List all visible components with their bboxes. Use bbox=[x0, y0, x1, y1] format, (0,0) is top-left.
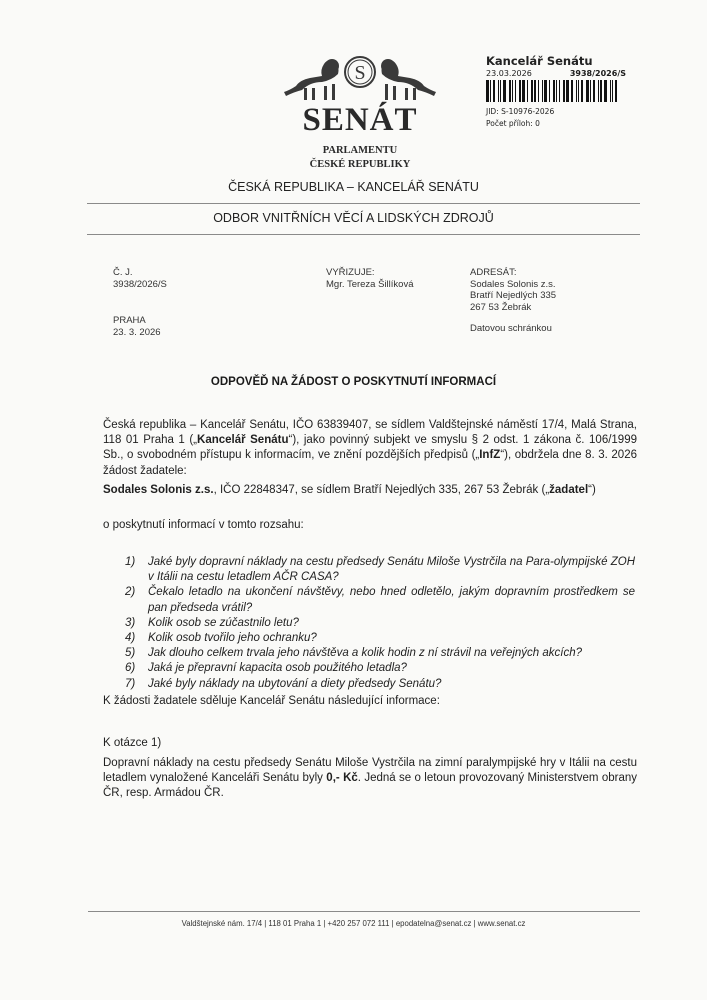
question-number: 5) bbox=[125, 646, 148, 661]
scope-paragraph: o poskytnutí informací v tomto rozsahu: bbox=[103, 518, 637, 533]
applicant-name: Sodales Solonis z.s. bbox=[103, 484, 214, 496]
question-item: 4)Kolik osob tvořilo jeho ochranku? bbox=[125, 631, 635, 646]
cj-value: 3938/2026/S bbox=[113, 279, 167, 291]
stamp-jid: JID: S-10976-2026 bbox=[486, 107, 626, 116]
senate-logo: S SENÁT PARLAMENTU ČESKÉ REPUBLIKY bbox=[280, 52, 440, 171]
stamp-title: Kancelář Senátu bbox=[486, 54, 626, 68]
response-intro: K žádosti žadatele sděluje Kancelář Sená… bbox=[103, 694, 637, 709]
question-item: 6)Jaká je přepravní kapacita osob použit… bbox=[125, 661, 635, 676]
question-item: 1)Jaké byly dopravní náklady na cestu př… bbox=[125, 555, 635, 585]
question-number: 2) bbox=[125, 585, 148, 615]
question-text: Jaké byly náklady na ubytování a diety p… bbox=[148, 677, 635, 692]
defined-term: žadatel bbox=[549, 484, 588, 496]
question-item: 2)Čekalo letadlo na ukončení návštěvy, n… bbox=[125, 585, 635, 615]
defined-term: Kancelář Senátu bbox=[197, 434, 288, 446]
question-number: 7) bbox=[125, 677, 148, 692]
divider bbox=[87, 203, 640, 204]
question-number: 3) bbox=[125, 616, 148, 631]
stamp-date: 23.03.2026 bbox=[486, 69, 532, 78]
addressee-label: ADRESÁT: bbox=[470, 267, 556, 279]
question-number: 1) bbox=[125, 555, 148, 585]
delivery-method: Datovou schránkou bbox=[470, 323, 556, 335]
registry-stamp: Kancelář Senátu 23.03.2026 3938/2026/S J… bbox=[486, 54, 626, 128]
divider bbox=[87, 234, 640, 235]
applicant-paragraph: Sodales Solonis z.s., IČO 22848347, se s… bbox=[103, 483, 637, 498]
footer-contact: Valdštejnské nám. 17/4 | 118 01 Praha 1 … bbox=[0, 919, 707, 928]
question-text: Kolik osob se zúčastnilo letu? bbox=[148, 616, 635, 631]
reference-number-block: Č. J. 3938/2026/S bbox=[113, 267, 167, 290]
lions-emblem-icon: S bbox=[280, 52, 440, 104]
place-date: 23. 3. 2026 bbox=[113, 327, 161, 339]
question-item: 5)Jak dlouho celkem trvala jeho návštěva… bbox=[125, 646, 635, 661]
footer-divider bbox=[88, 911, 640, 912]
question-number: 6) bbox=[125, 661, 148, 676]
question-number: 4) bbox=[125, 631, 148, 646]
senate-wordmark: SENÁT bbox=[280, 102, 440, 138]
question-text: Jaké byly dopravní náklady na cestu před… bbox=[148, 555, 635, 585]
senate-subtitle-2: ČESKÉ REPUBLIKY bbox=[280, 158, 440, 171]
addressee-street: Bratří Nejedlých 335 bbox=[470, 290, 556, 302]
question-item: 3)Kolik osob se zúčastnilo letu? bbox=[125, 616, 635, 631]
question-1-heading: K otázce 1) bbox=[103, 736, 637, 751]
questions-list: 1)Jaké byly dopravní náklady na cestu př… bbox=[125, 555, 635, 692]
organization-heading: ČESKÁ REPUBLIKA – KANCELÁŘ SENÁTU bbox=[0, 180, 707, 194]
place-date-block: PRAHA 23. 3. 2026 bbox=[113, 315, 161, 338]
handler-block: VYŘIZUJE: Mgr. Tereza Šillíková bbox=[326, 267, 413, 290]
addressee-name: Sodales Solonis z.s. bbox=[470, 279, 556, 291]
question-text: Kolik osob tvořilo jeho ochranku? bbox=[148, 631, 635, 646]
stamp-reference: 3938/2026/S bbox=[570, 69, 626, 78]
cj-label: Č. J. bbox=[113, 267, 167, 279]
addressee-city: 267 53 Žebrák bbox=[470, 302, 556, 314]
senate-subtitle-1: PARLAMENTU bbox=[280, 144, 440, 157]
handler-label: VYŘIZUJE: bbox=[326, 267, 413, 279]
document-title: ODPOVĚĎ NA ŽÁDOST O POSKYTNUTÍ INFORMACÍ bbox=[0, 376, 707, 388]
question-text: Jak dlouho celkem trvala jeho návštěva a… bbox=[148, 646, 635, 661]
defined-term: InfZ bbox=[479, 449, 500, 461]
letter-page: S SENÁT PARLAMENTU ČESKÉ REPUBLIKY Kance… bbox=[0, 0, 707, 1000]
barcode-icon bbox=[486, 80, 626, 102]
addressee-block: ADRESÁT: Sodales Solonis z.s. Bratří Nej… bbox=[470, 267, 556, 335]
department-heading: ODBOR VNITŘNÍCH VĚCÍ A LIDSKÝCH ZDROJŮ bbox=[0, 211, 707, 225]
place-label: PRAHA bbox=[113, 315, 161, 327]
question-text: Jaká je přepravní kapacita osob použitéh… bbox=[148, 661, 635, 676]
question-text: Čekalo letadlo na ukončení návštěvy, neb… bbox=[148, 585, 635, 615]
cost-amount: 0,- Kč bbox=[326, 772, 357, 784]
stamp-attachments: Počet příloh: 0 bbox=[486, 119, 626, 128]
question-item: 7)Jaké byly náklady na ubytování a diety… bbox=[125, 677, 635, 692]
svg-text:S: S bbox=[354, 62, 365, 84]
question-1-answer: Dopravní náklady na cestu předsedy Senát… bbox=[103, 756, 637, 802]
handler-name: Mgr. Tereza Šillíková bbox=[326, 279, 413, 291]
intro-paragraph: Česká republika – Kancelář Senátu, IČO 6… bbox=[103, 418, 637, 479]
